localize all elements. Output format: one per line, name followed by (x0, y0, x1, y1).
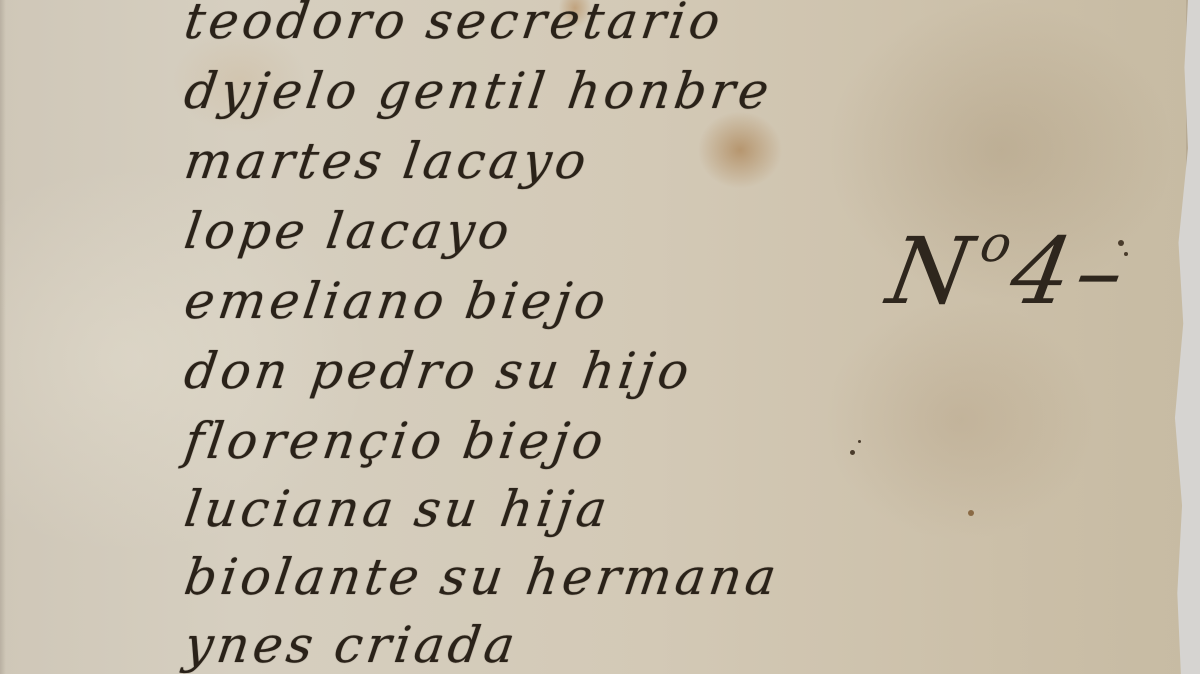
character-role: su hijo (493, 342, 697, 400)
cast-line: emelianobiejo (181, 272, 613, 330)
character-role: secretario (423, 0, 728, 50)
page-fold-shadow (0, 0, 6, 674)
character-name: ynes (181, 616, 321, 674)
ink-dot (1118, 240, 1124, 246)
cast-line: lopelacayo (181, 202, 517, 260)
character-role: su hija (411, 480, 614, 538)
cast-line: lucianasu hija (181, 480, 614, 538)
character-name: don pedro (181, 342, 483, 400)
cast-line: teodorosecretario (181, 0, 728, 50)
character-role: criada (331, 616, 523, 674)
ink-dot (850, 450, 855, 455)
character-name: luciana (181, 480, 401, 538)
margin-number-note: No4– (880, 215, 1139, 325)
character-role: lacayo (399, 132, 593, 190)
character-name: lope (181, 202, 313, 260)
cast-line: dyjelogentil honbre (181, 62, 776, 120)
manuscript-page: teodorosecretario dyjelogentil honbre ma… (0, 0, 1188, 674)
character-name: florençio (181, 412, 450, 470)
character-role: su hermana (437, 548, 784, 606)
number-abbrev: N (880, 218, 985, 325)
character-name: martes (181, 132, 390, 190)
character-name: emeliano (181, 272, 452, 330)
stain-dot (968, 510, 974, 516)
character-role: biejo (462, 272, 613, 330)
cast-line: biolantesu hermana (181, 548, 784, 606)
ink-dot (1124, 252, 1128, 256)
character-name: dyjelo (181, 62, 365, 120)
character-role: biejo (459, 412, 610, 470)
character-role: lacayo (323, 202, 517, 260)
character-name: teodoro (181, 0, 413, 50)
cast-line: don pedrosu hijo (181, 342, 697, 400)
ink-dot (858, 440, 861, 443)
cast-line: ynescriada (181, 616, 522, 674)
character-role: gentil honbre (374, 62, 776, 120)
cast-line: florençiobiejo (181, 412, 611, 470)
character-name: biolante (181, 548, 427, 606)
cast-line: marteslacayo (181, 132, 594, 190)
